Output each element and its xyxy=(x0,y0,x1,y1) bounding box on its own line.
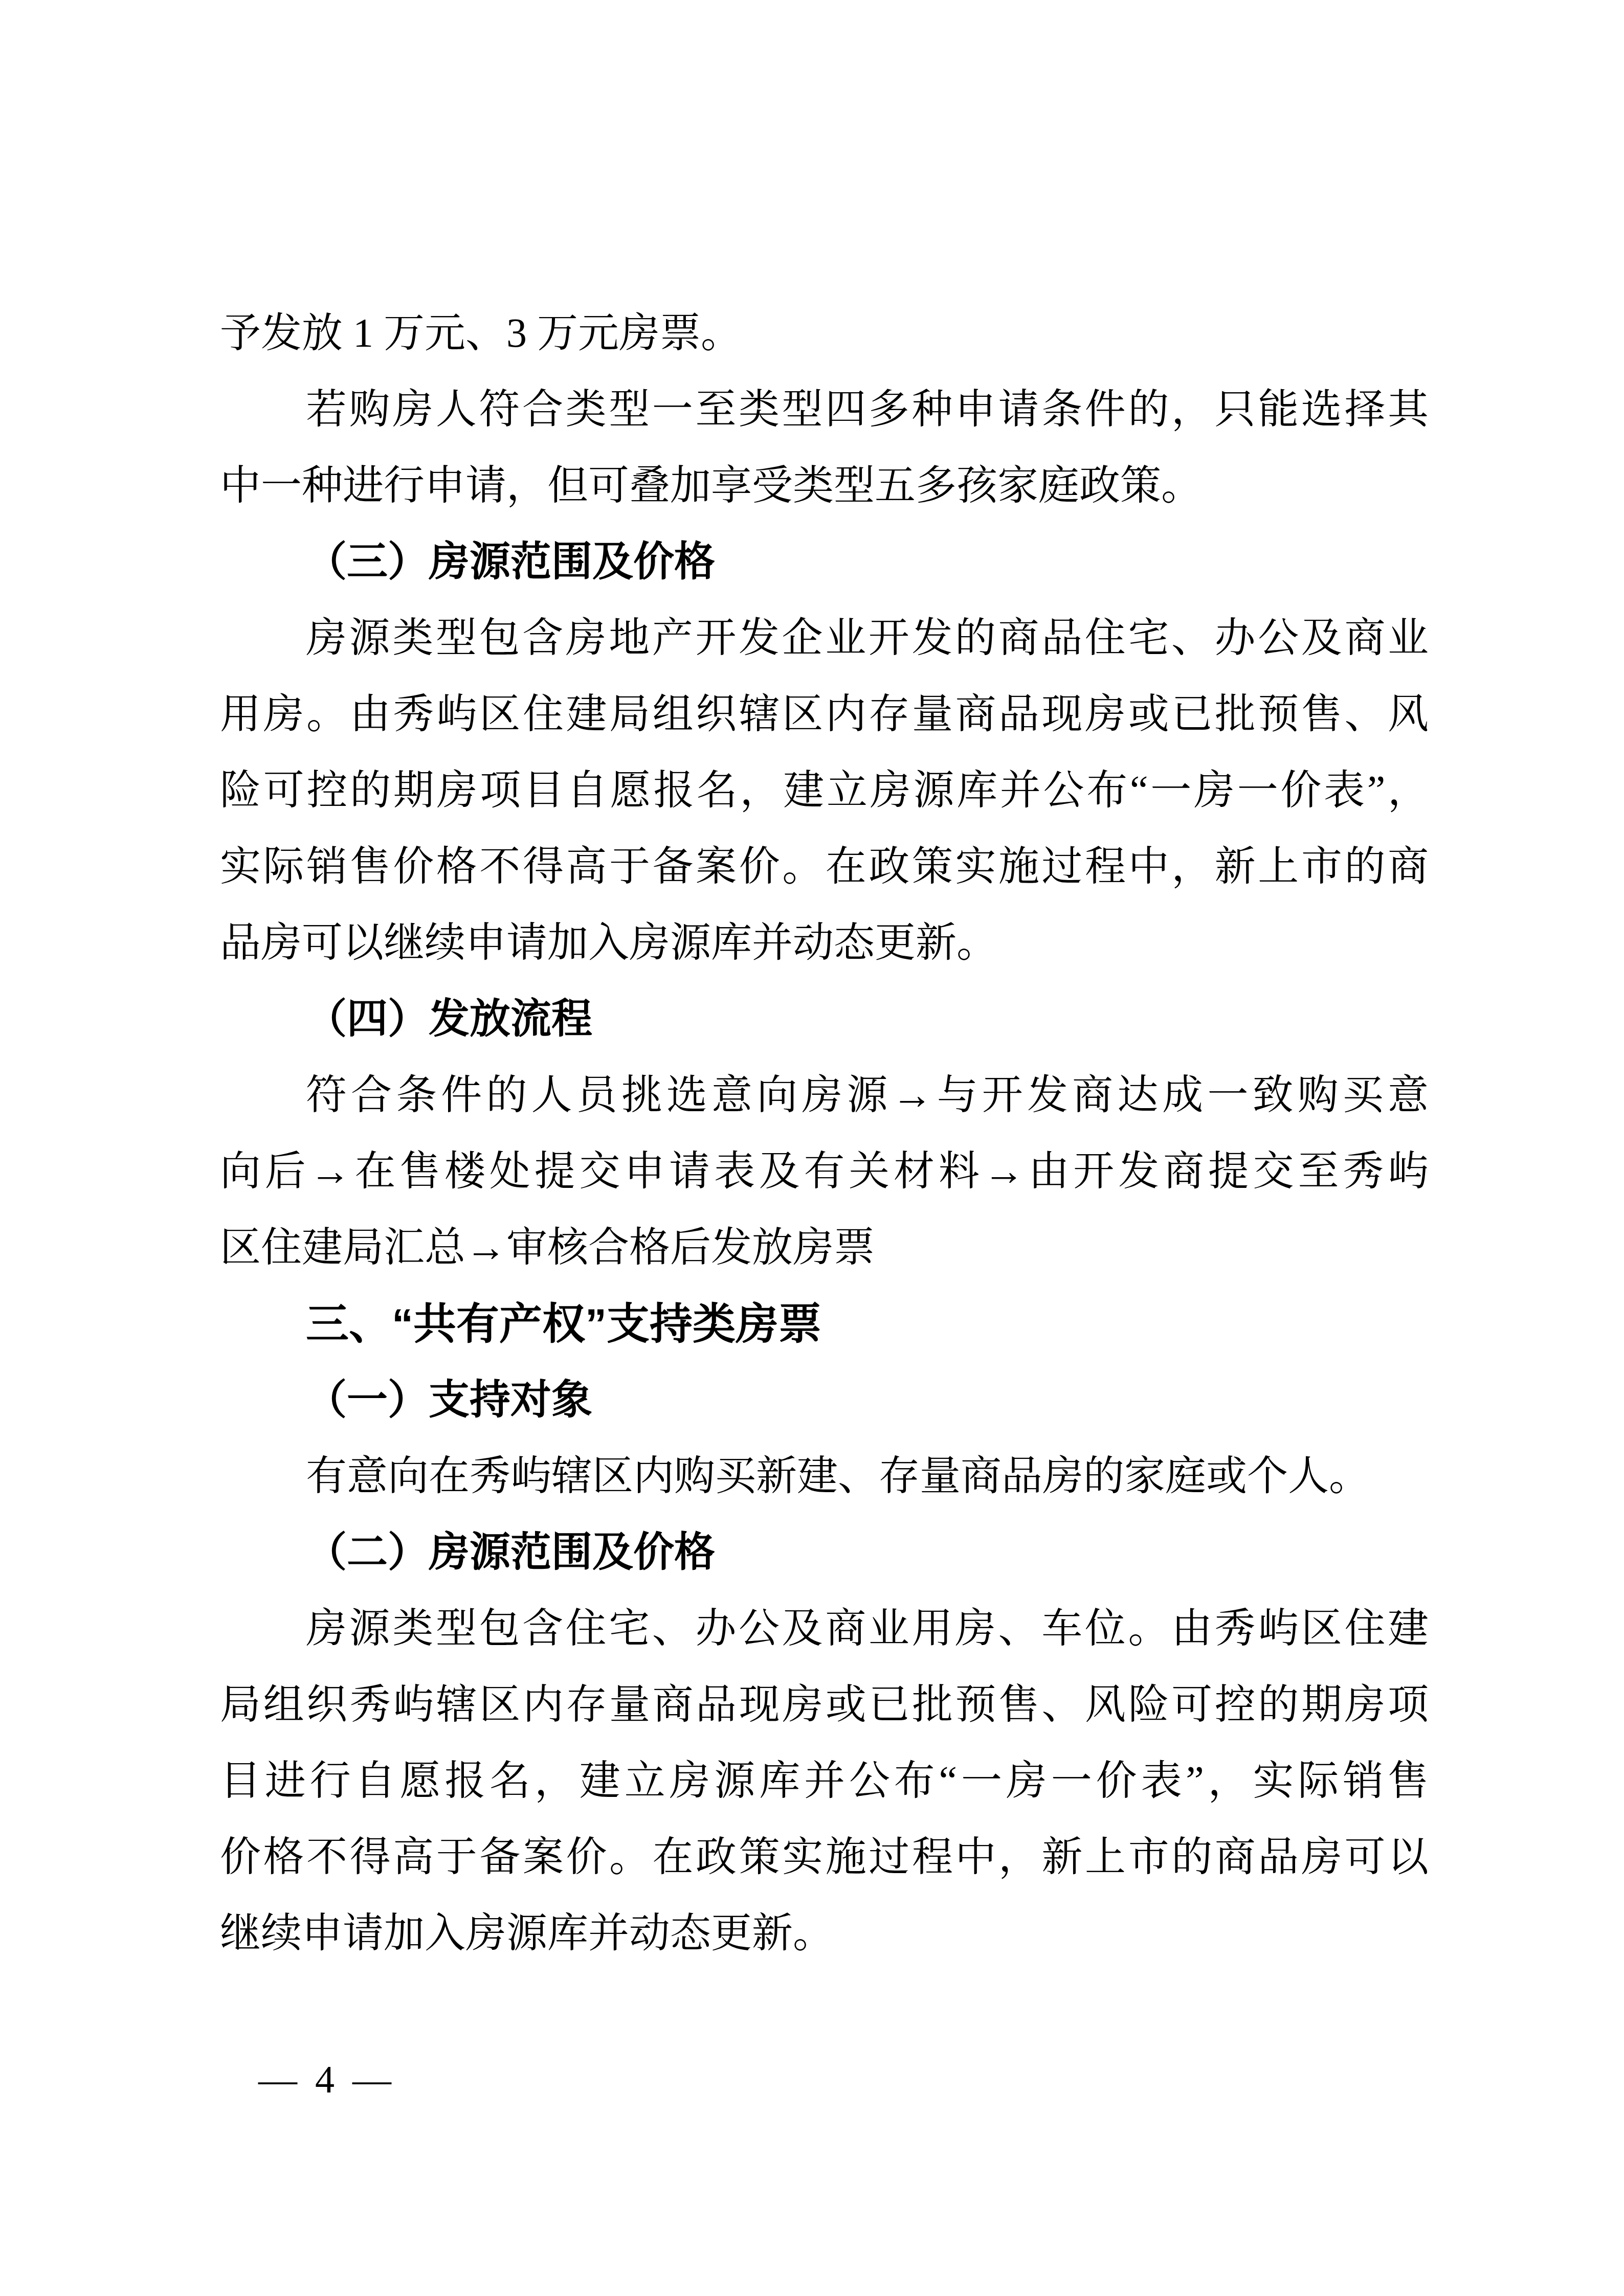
page-number: — 4 — xyxy=(258,2052,395,2108)
body-line: 品房可以继续申请加入房源库并动态更新。 xyxy=(220,905,1429,981)
section-heading: （一）支持对象 xyxy=(220,1362,1429,1438)
section-heading: （三）房源范围及价格 xyxy=(220,524,1429,600)
body-line: 目进行自愿报名，建立房源库并公布“一房一价表”，实际销售 xyxy=(220,1743,1429,1819)
body-line: 险可控的期房项目自愿报名，建立房源库并公布“一房一价表”， xyxy=(220,753,1429,829)
document-page: 予发放 1 万元、3 万元房票。 若购房人符合类型一至类型四多种申请条件的，只能… xyxy=(0,0,1624,2296)
section-heading: （二）房源范围及价格 xyxy=(220,1515,1429,1591)
chapter-heading: 三、“共有产权”支持类房票 xyxy=(220,1286,1429,1362)
body-line: 房源类型包含住宅、办公及商业用房、车位。由秀屿区住建 xyxy=(220,1591,1429,1667)
document-body: 予发放 1 万元、3 万元房票。 若购房人符合类型一至类型四多种申请条件的，只能… xyxy=(220,296,1429,1972)
body-line: 实际销售价格不得高于备案价。在政策实施过程中，新上市的商 xyxy=(220,829,1429,905)
body-line: 有意向在秀屿辖区内购买新建、存量商品房的家庭或个人。 xyxy=(220,1438,1429,1515)
body-line: 符合条件的人员挑选意向房源→与开发商达成一致购买意 xyxy=(220,1057,1429,1134)
body-line: 继续申请加入房源库并动态更新。 xyxy=(220,1896,1429,1972)
body-line: 用房。由秀屿区住建局组织辖区内存量商品现房或已批预售、风 xyxy=(220,677,1429,753)
body-line: 局组织秀屿辖区内存量商品现房或已批预售、风险可控的期房项 xyxy=(220,1667,1429,1743)
body-line: 区住建局汇总→审核合格后发放房票 xyxy=(220,1210,1429,1286)
section-heading: （四）发放流程 xyxy=(220,981,1429,1057)
body-line: 中一种进行申请，但可叠加享受类型五多孩家庭政策。 xyxy=(220,448,1429,524)
body-line: 房源类型包含房地产开发企业开发的商品住宅、办公及商业 xyxy=(220,600,1429,677)
body-line: 价格不得高于备案价。在政策实施过程中，新上市的商品房可以 xyxy=(220,1819,1429,1896)
body-line: 予发放 1 万元、3 万元房票。 xyxy=(220,296,1429,372)
body-line: 若购房人符合类型一至类型四多种申请条件的，只能选择其 xyxy=(220,372,1429,448)
body-line: 向后→在售楼处提交申请表及有关材料→由开发商提交至秀屿 xyxy=(220,1134,1429,1210)
